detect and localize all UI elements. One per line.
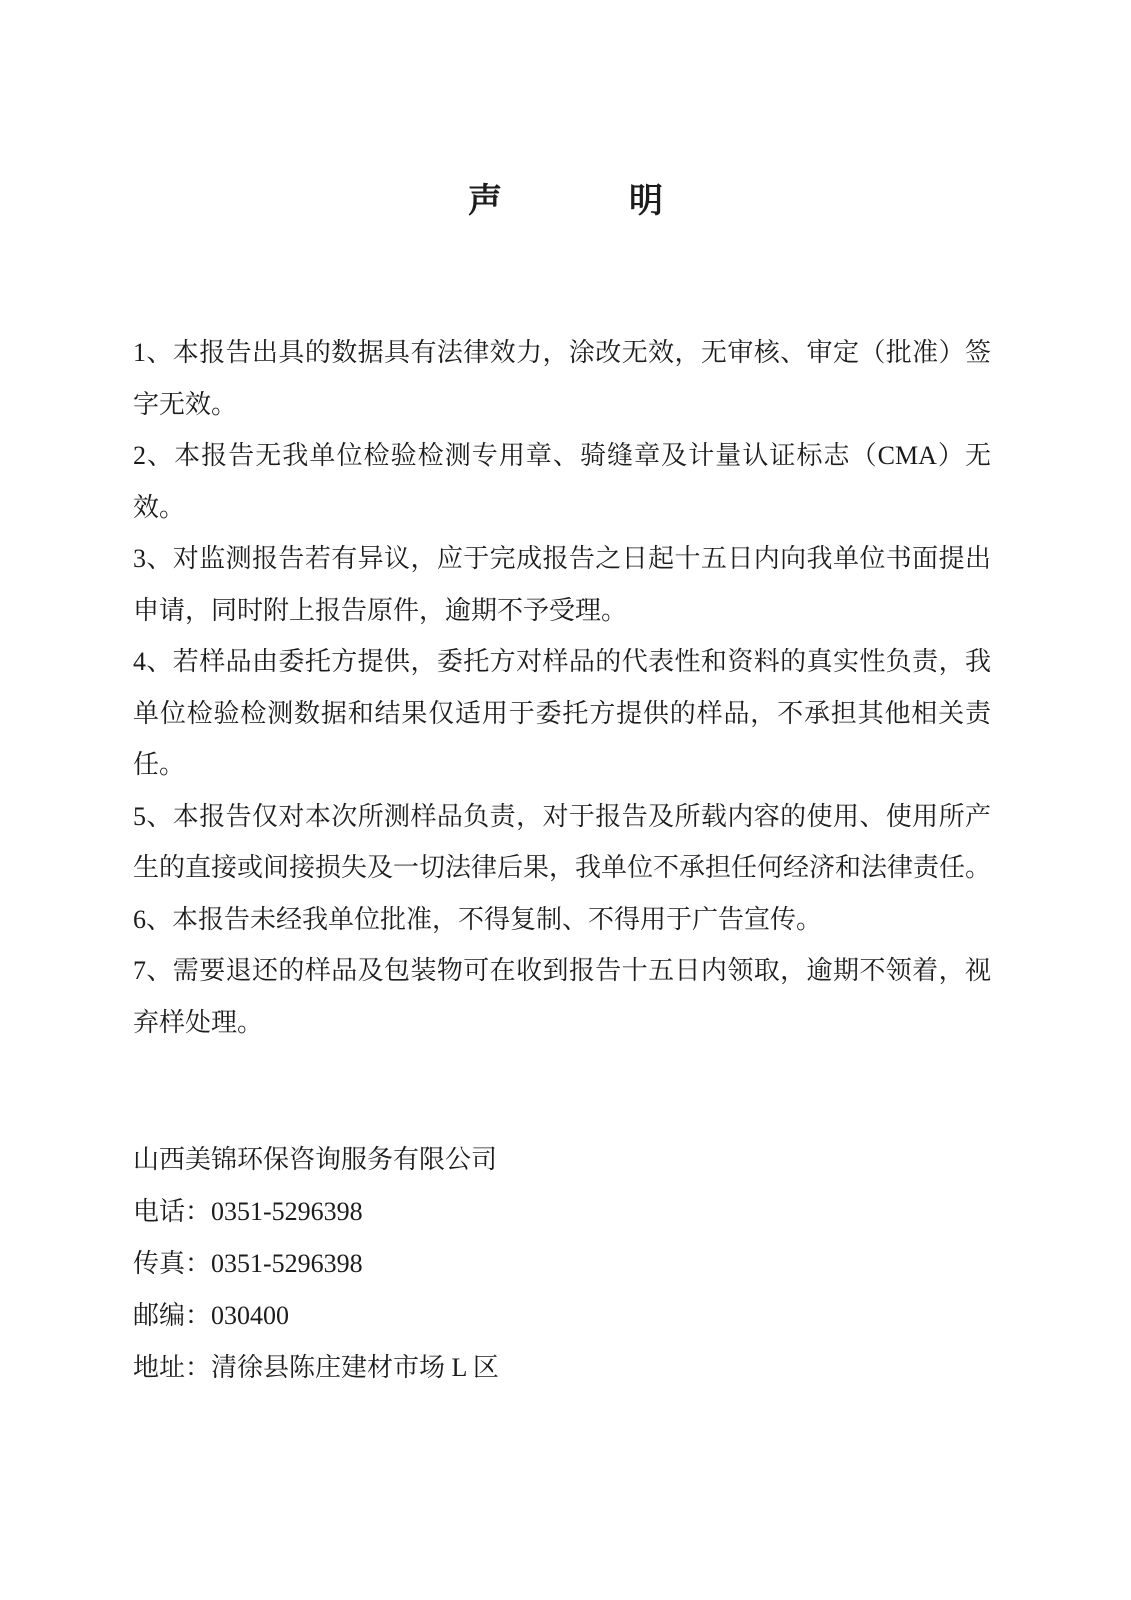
statement-item-6: 6、本报告未经我单位批准，不得复制、不得用于广告宣传。	[133, 894, 991, 946]
company-address-value: 清徐县陈庄建材市场 L 区	[211, 1353, 499, 1382]
statement-page: 声明 1、本报告出具的数据具有法律效力，涂改无效，无审核、审定（批准）签字无效。…	[0, 0, 1131, 1600]
company-postcode: 邮编：030400	[133, 1290, 991, 1342]
statement-item-1: 1、本报告出具的数据具有法律效力，涂改无效，无审核、审定（批准）签字无效。	[133, 327, 991, 430]
statement-item-7: 7、需要退还的样品及包装物可在收到报告十五日内领取，逾期不领着，视弃样处理。	[133, 945, 991, 1048]
company-address: 地址：清徐县陈庄建材市场 L 区	[133, 1342, 991, 1394]
company-fax-value: 0351-5296398	[211, 1249, 363, 1278]
company-fax-label: 传真：	[133, 1249, 211, 1278]
statement-body: 1、本报告出具的数据具有法律效力，涂改无效，无审核、审定（批准）签字无效。 2、…	[133, 327, 991, 1048]
page-title-char-1: 声	[468, 183, 502, 220]
page-title: 声明	[0, 184, 1131, 220]
company-postcode-value: 030400	[211, 1301, 289, 1330]
page-title-char-2: 明	[629, 183, 663, 220]
company-phone: 电话：0351-5296398	[133, 1186, 991, 1238]
company-phone-value: 0351-5296398	[211, 1197, 363, 1226]
company-info: 山西美锦环保咨询服务有限公司 电话：0351-5296398 传真：0351-5…	[133, 1134, 991, 1394]
company-postcode-label: 邮编：	[133, 1301, 211, 1330]
statement-item-4: 4、若样品由委托方提供，委托方对样品的代表性和资料的真实性负责，我单位检验检测数…	[133, 636, 991, 791]
company-name: 山西美锦环保咨询服务有限公司	[133, 1134, 991, 1186]
statement-item-5: 5、本报告仅对本次所测样品负责，对于报告及所载内容的使用、使用所产生的直接或间接…	[133, 791, 991, 894]
company-phone-label: 电话：	[133, 1197, 211, 1226]
company-address-label: 地址：	[133, 1353, 211, 1382]
statement-item-3: 3、对监测报告若有异议，应于完成报告之日起十五日内向我单位书面提出申请，同时附上…	[133, 533, 991, 636]
company-fax: 传真：0351-5296398	[133, 1238, 991, 1290]
statement-item-2: 2、本报告无我单位检验检测专用章、骑缝章及计量认证标志（CMA）无效。	[133, 430, 991, 533]
